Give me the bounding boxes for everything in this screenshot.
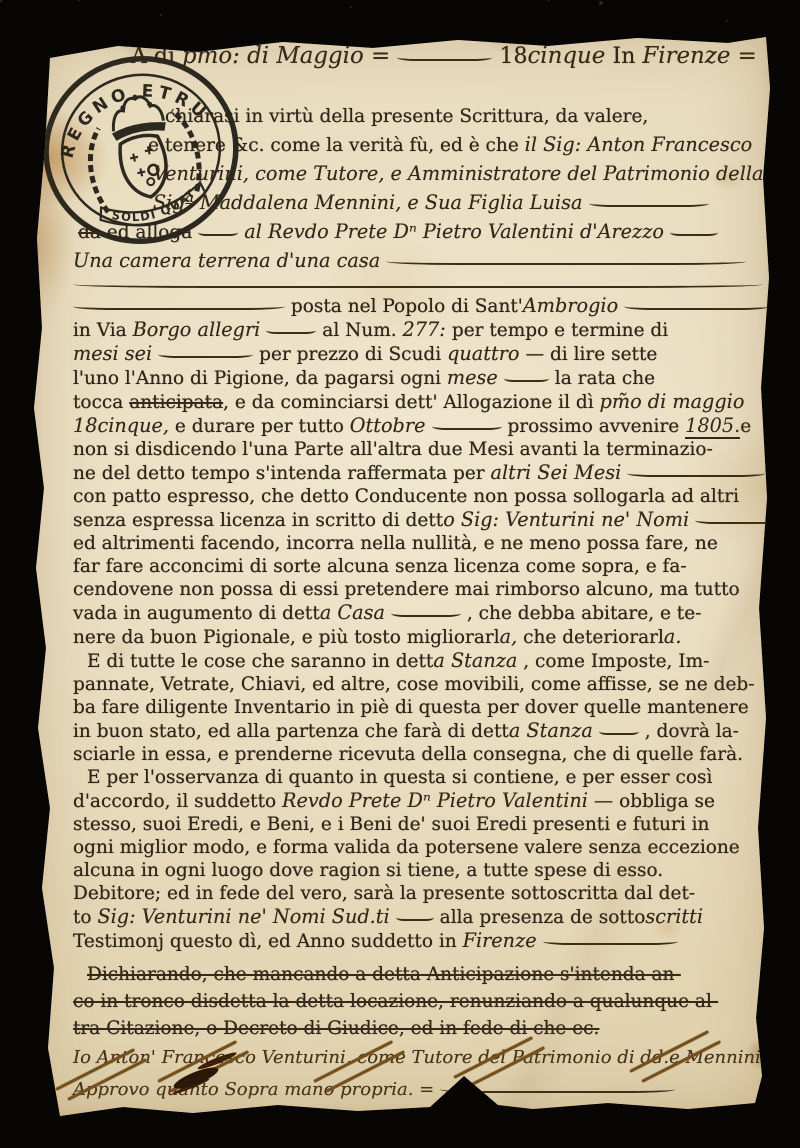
- text-segment: ne del detto tempo s'intenda raffermata …: [73, 463, 491, 484]
- text-segment: — di lire sette: [526, 344, 658, 365]
- pen-slash-mark: [312, 1046, 408, 1098]
- document-line: da ed alloga al Revdo Prete Dⁿ Pietro Va…: [73, 218, 749, 247]
- ink-rule: [627, 470, 765, 477]
- ink-rule: [504, 375, 549, 382]
- document-line: senza espressa licenza in scritto di det…: [73, 508, 749, 532]
- text-segment: quattro: [447, 342, 526, 365]
- document-line: tocca anticipata, e da cominciarsi dett'…: [73, 390, 749, 414]
- text-segment: sciarle in essa, e prenderne ricevuta de…: [73, 744, 743, 765]
- document-line: to Sig: Venturini ne' Nomi Sud.ti alla p…: [73, 905, 749, 929]
- document-line: in Via Borgo allegri al Num. 277: per te…: [73, 318, 749, 342]
- text-segment: a Stanza: [433, 649, 517, 672]
- text-segment: mese: [447, 366, 504, 389]
- text-segment: far fare acconcimi di sorte alcuna senza…: [73, 556, 687, 577]
- text-segment: In: [613, 44, 643, 69]
- text-segment: il Sig: Anton Francesco: [525, 133, 753, 156]
- text-segment: 18cinque,: [73, 414, 169, 437]
- document-line: d'accordo, il suddetto Revdo Prete Dⁿ Pi…: [73, 789, 749, 813]
- text-segment: A dì: [131, 44, 182, 69]
- text-segment: da: [78, 222, 101, 243]
- text-segment: 1805.: [685, 414, 740, 439]
- document-line: ne del detto tempo s'intenda raffermata …: [73, 461, 749, 485]
- text-segment: Ambrogio: [523, 294, 624, 317]
- text-segment: senza espressa licenza in scritto di det…: [73, 510, 443, 531]
- text-segment: tocca: [73, 392, 129, 413]
- document-line: E per l'osservanza di quanto in questa s…: [73, 766, 749, 789]
- text-segment: pannate, Vetrate, Chiavi, ed altre, cose…: [73, 674, 755, 695]
- text-segment: posta nel Popolo di Sant': [285, 296, 523, 317]
- text-segment: to: [73, 907, 97, 928]
- text-segment: E per l'osservanza di quanto in questa s…: [87, 767, 712, 788]
- document-line: far fare acconcimi di sorte alcuna senza…: [73, 555, 749, 578]
- text-segment: tra Citazione, o Decreto di Giudice, ed …: [73, 1018, 599, 1039]
- ink-rule: [73, 281, 763, 288]
- text-segment: d'accordo, il suddetto: [73, 791, 282, 812]
- document-body: A dì pm̃o: di Maggio = 18cinque In Firen…: [73, 38, 749, 1106]
- document-line: posta nel Popolo di Sant'Ambrogio: [73, 294, 749, 318]
- text-segment: Sigª Maddalena Mennini, e Sua Figlia Lui…: [153, 191, 589, 214]
- text-segment: Venturini, come Tutore, e Amministratore…: [153, 162, 763, 185]
- ink-rule: [396, 914, 434, 921]
- text-segment: e durare per tutto: [169, 416, 350, 437]
- text-segment: obbliga se: [613, 791, 715, 812]
- text-segment: co in tronco disdetta la detta locazione…: [73, 991, 718, 1012]
- document-line: vada in augumento di detta Casa , che de…: [73, 601, 749, 625]
- text-segment: alla presenza de sotto: [434, 907, 646, 928]
- text-segment: a Stanza: [509, 719, 599, 742]
- ink-rule: [198, 229, 238, 236]
- ink-rule: [73, 303, 285, 310]
- document-line: l'uno l'Anno di Pigione, da pagarsi ogni…: [73, 366, 749, 390]
- text-segment: anticipata: [129, 392, 223, 413]
- ink-rule: [599, 728, 639, 735]
- text-segment: cendovene non possa di essi pretendere m…: [73, 579, 740, 600]
- ink-rule: [266, 327, 316, 334]
- text-segment: altri Sei Mesi: [491, 461, 628, 484]
- text-segment: non si disdicendo l'una Parte all'altra …: [73, 439, 713, 460]
- document-line: E di tutte le cose che saranno in detta …: [73, 649, 749, 673]
- text-segment: per tempo e termine di: [452, 320, 668, 341]
- document-line: in buon stato, ed alla partenza che farà…: [73, 719, 749, 743]
- text-segment: , e da cominciarsi dett' Allogazione il …: [223, 392, 599, 413]
- text-segment: Testimonj questo dì, ed Anno suddetto in: [73, 931, 463, 952]
- document-line: stesso, suoi Eredi, e Beni, e i Beni de'…: [73, 813, 749, 836]
- document-line: con patto espresso, che detto Conducente…: [73, 485, 749, 508]
- text-segment: ed alloga: [101, 222, 198, 243]
- document-line: Debitore; ed in fede del vero, sarà la p…: [73, 882, 749, 905]
- ink-rule: [589, 200, 709, 207]
- text-segment: , dovrà la-: [639, 721, 739, 742]
- document-line: A dì pm̃o: di Maggio = 18cinque In Firen…: [73, 38, 749, 75]
- text-segment: 18: [492, 44, 527, 69]
- text-segment: Borgo allegri: [133, 318, 267, 341]
- pen-slash-mark: [54, 1054, 150, 1106]
- text-segment: Firenze: [463, 929, 543, 952]
- ink-rule: [397, 54, 492, 61]
- ink-rule: [695, 517, 793, 524]
- text-segment: nere da buon Pigionale, e più tosto migl…: [73, 627, 500, 648]
- text-segment: Dichiarando, che mancando a detta Antici…: [87, 964, 681, 985]
- text-segment: che deteriorarl: [517, 627, 664, 648]
- pen-slash-mark: [628, 1036, 724, 1088]
- text-segment: chiarasi in virtù della presente Scrittu…: [165, 106, 648, 127]
- text-segment: al Revdo Prete Dⁿ Pietro Valentini d'Are…: [238, 220, 670, 243]
- document-line: Venturini, come Tutore, e Amministratore…: [73, 160, 749, 189]
- document-line: non si disdicendo l'una Parte all'altra …: [73, 438, 749, 461]
- document-line: Dichiarando, che mancando a detta Antici…: [73, 961, 749, 988]
- document-line: alcuna in ogni luogo dove ragion si tien…: [73, 859, 749, 882]
- text-segment: o Sig: Venturini ne' Nomi: [443, 508, 695, 531]
- document-line: ed altrimenti facendo, incorra nella nul…: [73, 532, 749, 555]
- text-segment: a Casa: [320, 601, 391, 624]
- document-line: mesi sei per prezzo di Scudi quattro — d…: [73, 342, 749, 366]
- text-segment: vada in augumento di dett: [73, 603, 320, 624]
- text-segment: mesi sei: [73, 342, 158, 365]
- ink-rule: [670, 229, 718, 236]
- text-segment: con patto espresso, che detto Conducente…: [73, 486, 739, 507]
- text-segment: pm̃o di maggio: [600, 390, 745, 413]
- document-line: nere da buon Pigionale, e più tosto migl…: [73, 625, 749, 649]
- background-dust: [0, 0, 2, 2]
- document-line: sciarle in essa, e prenderne ricevuta de…: [73, 743, 749, 766]
- text-segment: Debitore; ed in fede del vero, sarà la p…: [73, 883, 695, 904]
- text-segment: in Via: [73, 320, 133, 341]
- text-segment: ogni miglior modo, e forma valida da pot…: [73, 837, 740, 858]
- document-line: Testimonj questo dì, ed Anno suddetto in…: [73, 929, 749, 953]
- pen-slash-mark: [156, 1046, 252, 1098]
- text-segment: scritti: [645, 905, 703, 928]
- text-segment: ed altrimenti facendo, incorra nella nul…: [73, 533, 718, 554]
- text-segment: prossimo avvenire: [502, 416, 686, 437]
- document-line: co in tronco disdetta la detta locazione…: [73, 988, 749, 1015]
- pen-slash-mark: [452, 1042, 548, 1094]
- document-line: 18cinque, e durare per tutto Ottobre pro…: [73, 414, 749, 438]
- text-segment: , che debba abitare, e te-: [461, 603, 701, 624]
- text-segment: cinque: [527, 43, 612, 69]
- document-line: pannate, Vetrate, Chiavi, ed altre, cose…: [73, 673, 749, 696]
- document-line: Una camera terrena d'una casa: [73, 247, 749, 276]
- ink-rule: [624, 303, 769, 310]
- ink-rule: [386, 258, 746, 265]
- text-segment: e: [740, 416, 751, 437]
- document-line: Sigª Maddalena Mennini, e Sua Figlia Lui…: [73, 189, 749, 218]
- text-segment: stesso, suoi Eredi, e Beni, e i Beni de'…: [73, 814, 709, 835]
- text-segment: e tenere &c. come la verità fù, ed è che: [148, 135, 525, 156]
- text-segment: ba fare diligente Inventario in piè di q…: [73, 697, 749, 718]
- document-line: ba fare diligente Inventario in piè di q…: [73, 696, 749, 719]
- ink-rule: [158, 351, 253, 358]
- ink-rule: [432, 423, 502, 430]
- text-segment: a,: [500, 625, 518, 648]
- text-segment: Firenze =: [642, 43, 756, 69]
- text-segment: Ottobre: [350, 414, 432, 437]
- text-segment: la rata che: [549, 368, 655, 389]
- text-segment: 277:: [403, 318, 452, 341]
- ink-rule: [543, 938, 678, 945]
- document-line: [73, 276, 749, 294]
- text-segment: a.: [664, 625, 682, 648]
- document-line: chiarasi in virtù della presente Scrittu…: [73, 103, 749, 131]
- text-segment: l'uno l'Anno di Pigione, da pagarsi ogni: [73, 368, 447, 389]
- ink-rule: [391, 610, 461, 617]
- text-segment: Sig: Venturini ne' Nomi Sud.ti: [97, 905, 395, 928]
- text-segment: in buon stato, ed alla partenza che farà…: [73, 721, 509, 742]
- text-segment: E di tutte le cose che saranno in dett: [87, 651, 433, 672]
- document-paper: REGNO ETRU ✚ ✚ ✚: [28, 28, 773, 1120]
- text-segment: Una camera terrena d'una casa: [73, 249, 386, 272]
- text-segment: , come Imposte, Im-: [517, 651, 709, 672]
- document-line: e tenere &c. come la verità fù, ed è che…: [73, 131, 749, 160]
- document-line: cendovene non possa di essi pretendere m…: [73, 578, 749, 601]
- text-segment: Revdo Prete Dⁿ Pietro Valentini —: [282, 789, 613, 812]
- document-line: ogni miglior modo, e forma valida da pot…: [73, 836, 749, 859]
- text-segment: pm̃o: di Maggio =: [182, 43, 397, 69]
- text-segment: al Num.: [316, 320, 402, 341]
- text-segment: alcuna in ogni luogo dove ragion si tien…: [73, 860, 663, 881]
- text-segment: per prezzo di Scudi: [253, 344, 447, 365]
